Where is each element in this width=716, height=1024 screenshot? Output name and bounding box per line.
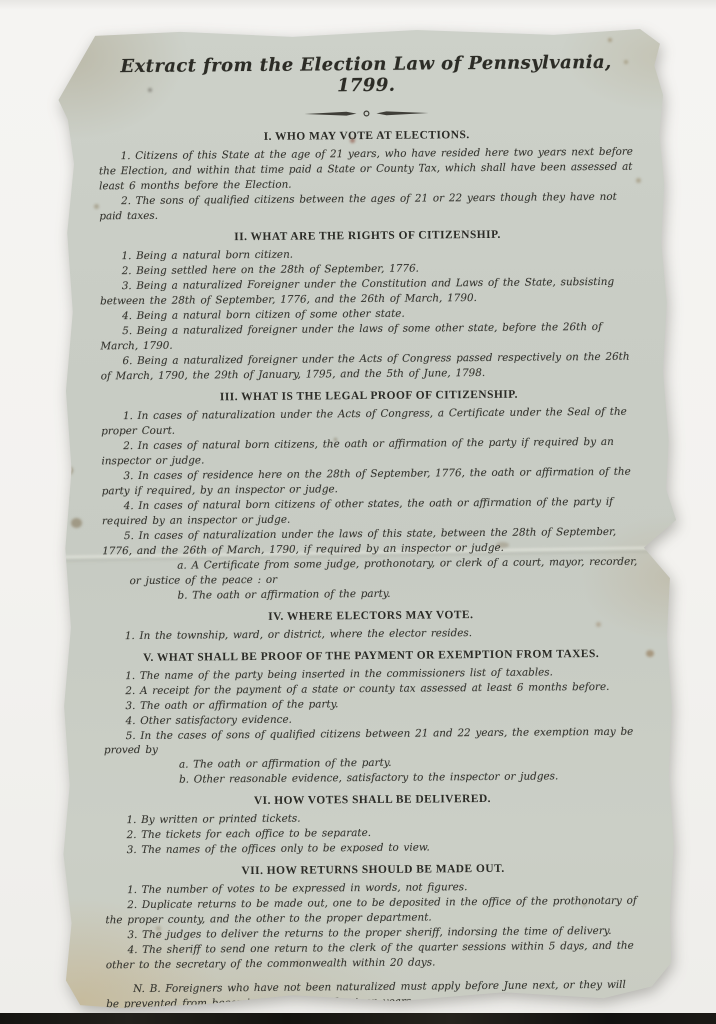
law-subitem-number: b. <box>179 774 189 786</box>
law-item-text: The names of the offices only to be expo… <box>141 842 430 857</box>
law-subitem: a.A Certificate from some judge, prothon… <box>129 554 638 588</box>
law-item: 3.In cases of residence here on the 28th… <box>102 464 638 499</box>
law-item-text: The sheriff to send one return to the cl… <box>106 940 634 972</box>
nota-bene-label: N. B. <box>133 983 161 995</box>
law-item-number: 4. <box>126 715 136 727</box>
law-item-number: 4. <box>122 310 132 322</box>
law-item-text: Being a naturalized Foreigner under the … <box>100 276 614 307</box>
law-item-number: 5. <box>126 730 136 742</box>
law-item-text: In cases of residence here on the 28th o… <box>102 465 631 497</box>
law-item-text: The tickets for each office to be separa… <box>141 827 371 841</box>
law-item-number: 2. <box>125 685 135 697</box>
law-item-text: The name of the party being inserted in … <box>140 666 553 682</box>
law-subitem-text: Other reasonable evidence, satisfactory … <box>194 771 559 786</box>
law-item-text: The oath or affirmation of the party. <box>140 698 338 712</box>
law-item-number: 2. <box>122 265 132 277</box>
law-item-number: 1. <box>127 884 137 896</box>
law-item: 4.The sheriff to send one return to the … <box>106 939 642 974</box>
law-item-text: A receipt for the payment of a state or … <box>140 680 610 696</box>
law-item-number: 2. <box>123 440 133 452</box>
photo-background: Extract from the Election Law of Pennsyl… <box>0 0 716 1024</box>
law-item-number: 1. <box>121 250 131 262</box>
law-item-text: In the cases of sons of qualified citize… <box>104 725 633 757</box>
law-subitem: b.Other reasonable evidence, satisfactor… <box>131 769 640 788</box>
document-title: Extract from the Election Law of Pennsyl… <box>98 52 634 99</box>
law-subitem-number: a. <box>177 559 187 571</box>
law-item-number: 2. <box>121 195 131 207</box>
section-heading-1: I. WHO MAY VOTE AT ELECTIONS. <box>99 128 635 145</box>
law-item-number: 3. <box>127 844 137 856</box>
law-item-text: In the township, ward, or district, wher… <box>139 627 472 642</box>
ornament-divider-icon <box>98 101 634 125</box>
table-surface <box>0 1013 716 1024</box>
law-item-number: 3. <box>122 280 132 292</box>
law-item-text: Being a naturalized foreigner under the … <box>100 321 602 352</box>
section-heading-2: II. WHAT ARE THE RIGHTS OF CITIZENSHIP. <box>99 228 635 245</box>
law-item-number: 1. <box>121 150 131 162</box>
section-heading-4: IV. WHERE ELECTORS MAY VOTE. <box>103 607 639 624</box>
law-item-number: 3. <box>127 929 137 941</box>
law-item-number: 3. <box>125 700 135 712</box>
law-item-number: 1. <box>125 670 135 682</box>
law-subitem-text: The oath or affirmation of the party. <box>192 587 390 601</box>
law-subitem-text: The oath or affirmation of the party. <box>193 757 391 771</box>
law-item-number: 2. <box>127 829 137 841</box>
law-item-text: In cases of naturalization under the law… <box>102 525 616 556</box>
law-item-text: Being a naturalized foreigner under the … <box>101 351 630 383</box>
law-item-text: In cases of natural born citizens of oth… <box>102 496 613 527</box>
law-item-text: Being settled here on the 28th of Septem… <box>136 262 419 276</box>
law-item: 2.In cases of natural born citizens, the… <box>101 434 637 469</box>
law-item-text: By written or printed tickets. <box>141 813 301 826</box>
law-item-number: 1. <box>123 410 133 422</box>
law-item: 1.In the township, ward, or district, wh… <box>103 624 639 644</box>
law-item-text: The number of votes to be expressed in w… <box>142 882 468 897</box>
law-item-text: Other satisfactory evidence. <box>140 713 292 726</box>
law-item: 5.In the cases of sons of qualified citi… <box>104 724 640 759</box>
law-item-number: 1. <box>126 814 136 826</box>
law-item: 1.In cases of naturalization under the A… <box>101 404 637 439</box>
document-paper: Extract from the Election Law of Pennsyl… <box>56 26 678 1012</box>
law-item-number: 2. <box>127 899 137 911</box>
law-subitem-number: b. <box>177 589 187 601</box>
law-item: 5.Being a naturalized foreigner under th… <box>100 319 636 354</box>
nota-bene-text: Foreigners who have not been naturalized… <box>106 979 626 1011</box>
law-item-text: Being a natural born citizen. <box>136 249 293 262</box>
law-item: 5.In cases of naturalization under the l… <box>102 524 638 559</box>
law-item-number: 6. <box>122 355 132 367</box>
law-item-text: In cases of naturalization under the Act… <box>101 406 627 438</box>
section-heading-6: VI. HOW VOTES SHALL BE DELIVERED. <box>104 792 640 809</box>
section-heading-7: VII. HOW RETURNS SHOULD BE MADE OUT. <box>105 862 641 879</box>
law-item: 1.Citizens of this State at the age of 2… <box>99 145 635 195</box>
law-item-text: Citizens of this State at the age of 21 … <box>99 146 633 193</box>
law-item-text: Duplicate returns to be made out, one to… <box>105 895 636 927</box>
law-item: 2.The sons of qualified citizens between… <box>99 190 635 225</box>
law-item-text: Being a natural born citizen of some oth… <box>137 308 405 322</box>
law-subitem-text: A Certificate from some judge, prothonot… <box>130 555 638 586</box>
document-sections: I. WHO MAY VOTE AT ELECTIONS.1.Citizens … <box>99 128 642 974</box>
paper-sheet: Extract from the Election Law of Pennsyl… <box>56 26 678 1012</box>
law-item: 6.Being a naturalized foreigner under th… <box>101 349 637 384</box>
law-subitem-number: a. <box>179 759 189 771</box>
law-item-number: 5. <box>124 530 134 542</box>
section-heading-3: III. WHAT IS THE LEGAL PROOF OF CITIZENS… <box>101 387 637 404</box>
document-text: Extract from the Election Law of Pennsyl… <box>56 26 678 1012</box>
law-item-number: 3. <box>123 470 133 482</box>
law-item-number: 4. <box>128 944 138 956</box>
law-item: 3.Being a naturalized Foreigner under th… <box>100 275 636 310</box>
law-item: 2.Duplicate returns to be made out, one … <box>105 894 641 929</box>
nota-bene: N. B.Foreigners who have not been natura… <box>106 978 642 1012</box>
stain-spot <box>61 494 68 501</box>
law-item-number: 1. <box>125 630 135 642</box>
law-item-text: The sons of qualified citizens between t… <box>99 191 616 222</box>
law-item-number: 5. <box>122 325 132 337</box>
law-item-number: 4. <box>124 500 134 512</box>
law-item: 4.In cases of natural born citizens of o… <box>102 494 638 529</box>
section-heading-5: V. WHAT SHALL BE PROOF OF THE PAYMENT OR… <box>103 647 639 664</box>
law-item-text: In cases of natural born citizens, the o… <box>101 436 613 467</box>
